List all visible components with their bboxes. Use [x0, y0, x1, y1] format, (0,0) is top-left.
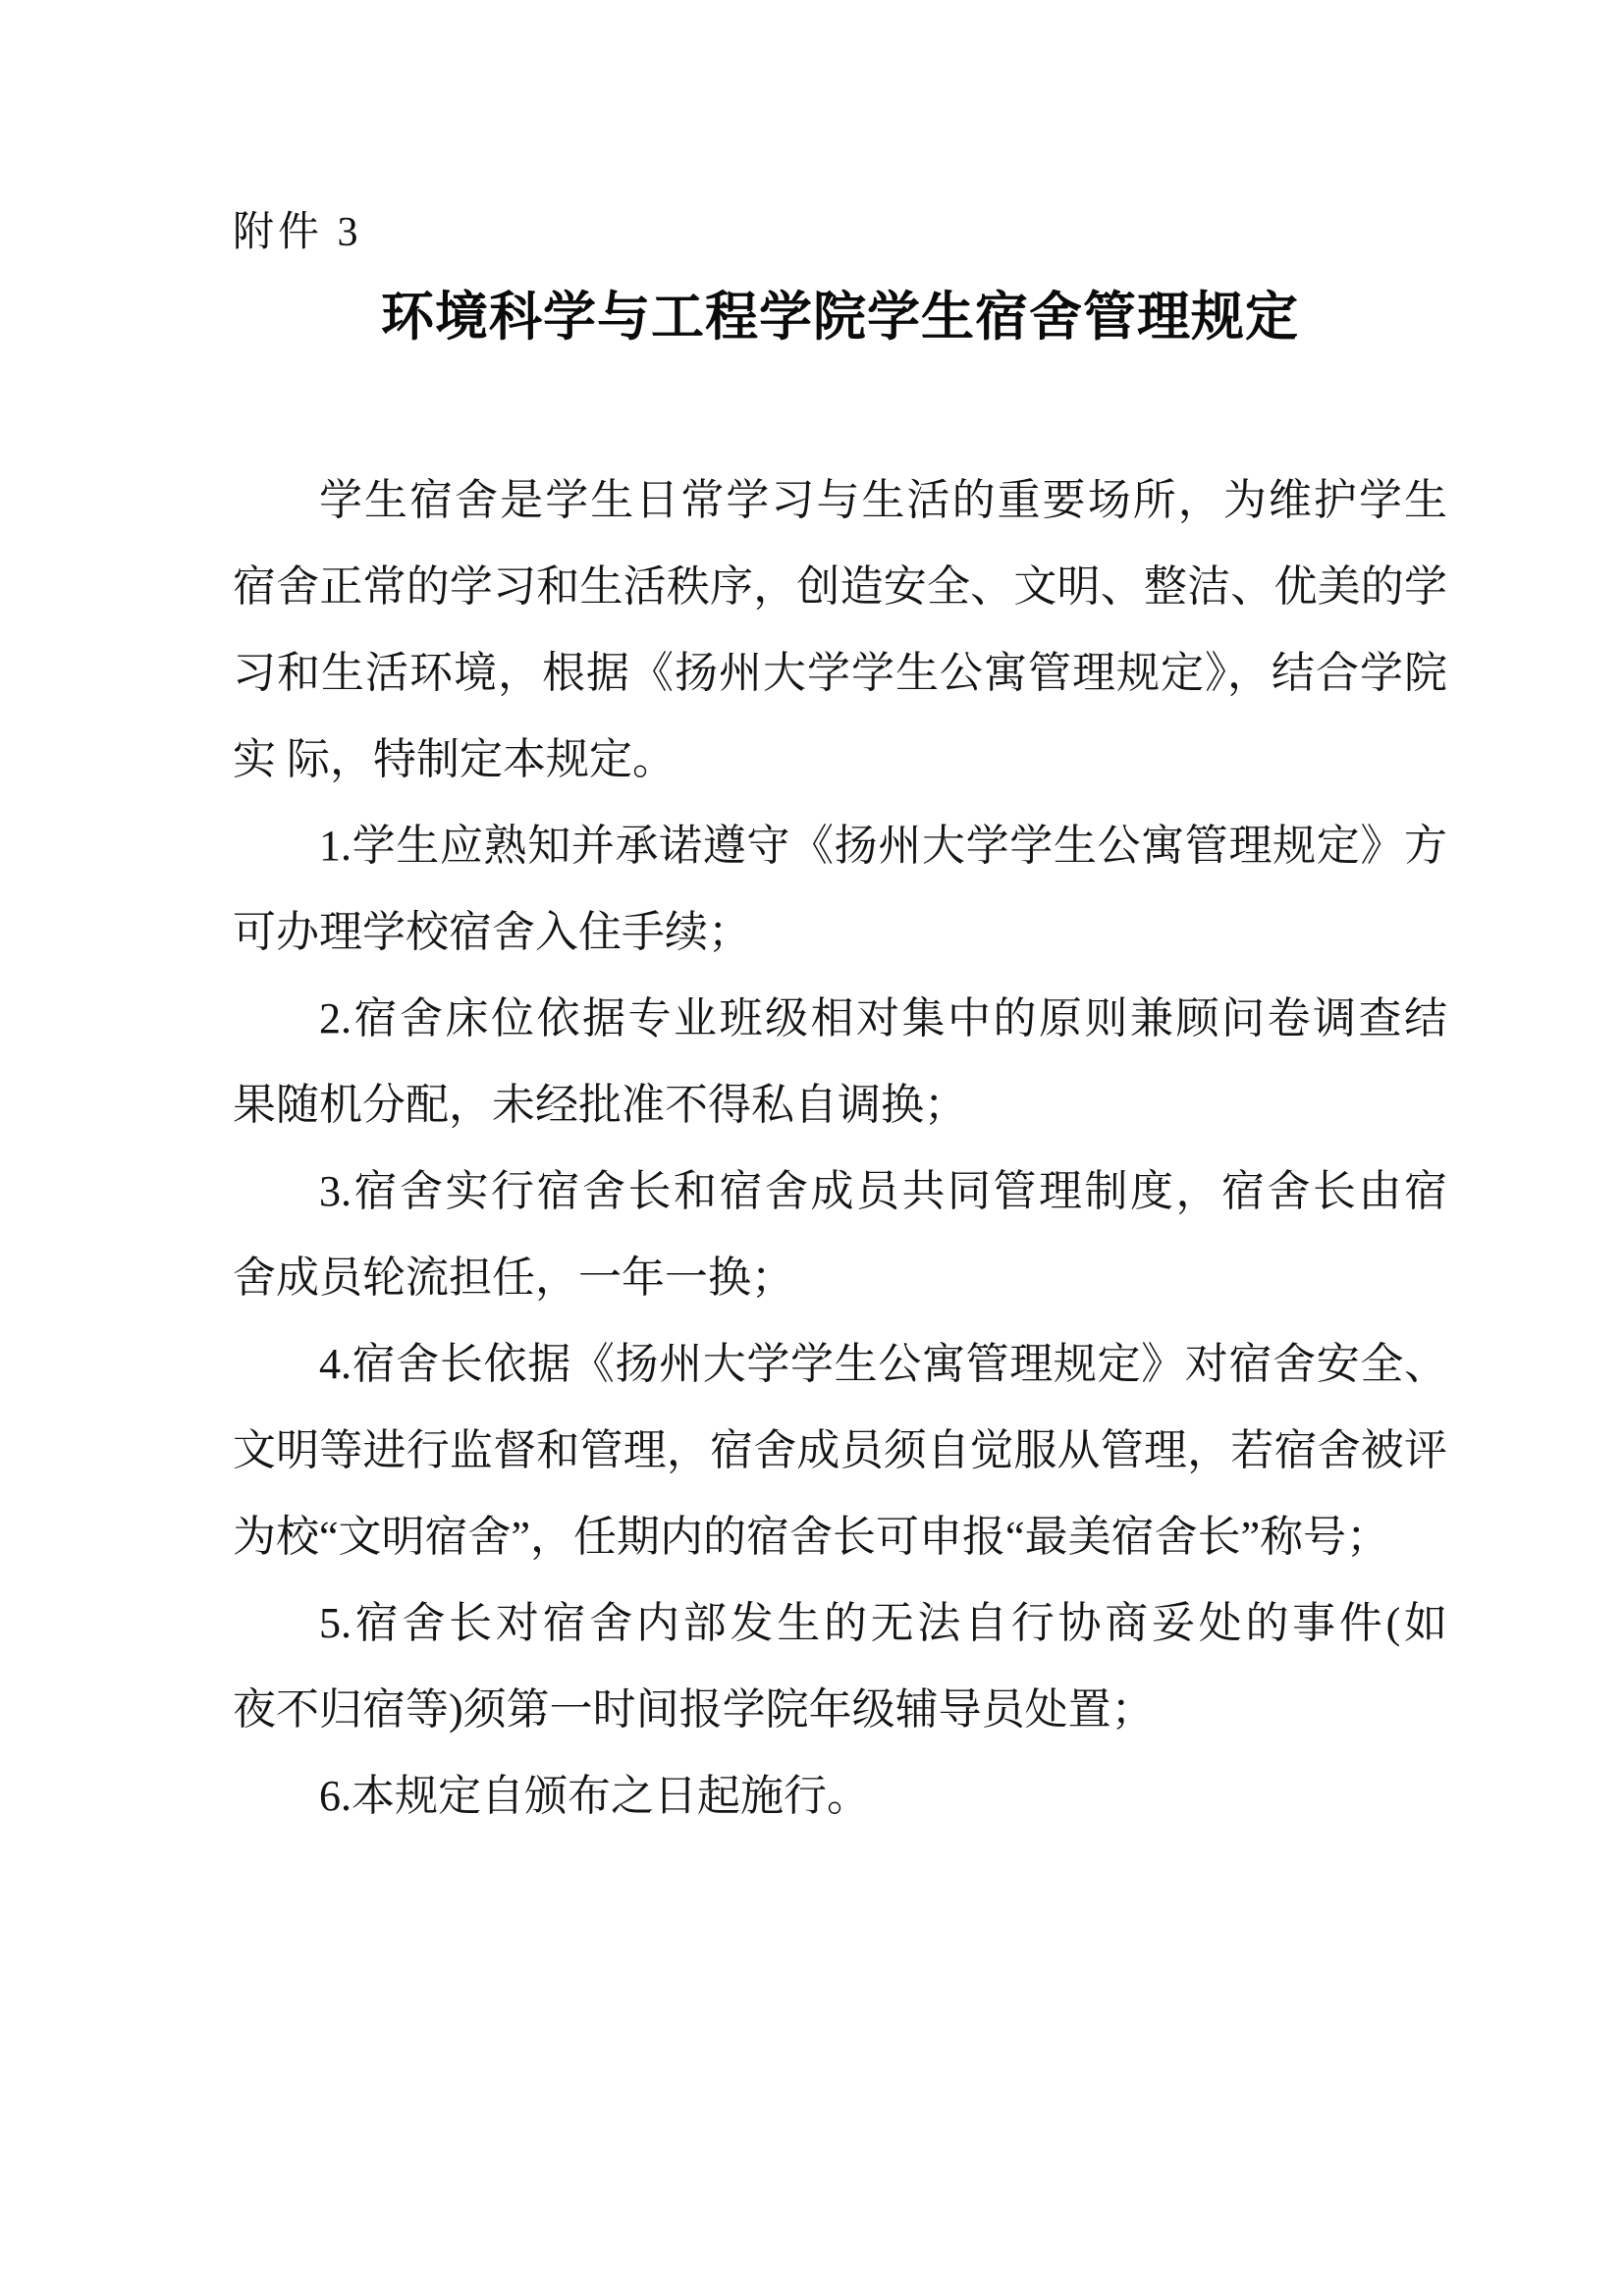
paragraph: 3.宿舍实行宿舍长和宿舍成员共同管理制度，宿舍长由宿舍成员轮流担任，一年一换； — [233, 1148, 1447, 1321]
paragraph: 学生宿舍是学生日常学习与生活的重要场所，为维护学生宿舍正常的学习和生活秩序，创造… — [233, 457, 1447, 803]
document-page: 附件 3 环境科学与工程学院学生宿舍管理规定 学生宿舍是学生日常学习与生活的重要… — [0, 0, 1624, 2296]
text-line: 实 际，特制定本规定。 — [233, 717, 1447, 803]
text-line: 为校“文明宿舍”，任期内的宿舍长可申报“最美宿舍长”称号； — [233, 1494, 1447, 1580]
text-line: 果随机分配，未经批准不得私自调换； — [233, 1062, 1447, 1148]
paragraph: 1.学生应熟知并承诺遵守《扬州大学学生公寓管理规定》方可办理学校宿舍入住手续； — [233, 803, 1447, 976]
paragraph: 6.本规定自颁布之日起施行。 — [233, 1753, 1447, 1840]
text-line: 宿舍正常的学习和生活秩序，创造安全、文明、整洁、优美的学 — [233, 544, 1447, 630]
paragraph: 4.宿舍长依据《扬州大学学生公寓管理规定》对宿舍安全、文明等进行监督和管理，宿舍… — [233, 1321, 1447, 1580]
text-line: 3.宿舍实行宿舍长和宿舍成员共同管理制度，宿舍长由宿 — [233, 1148, 1447, 1235]
text-line: 2.宿舍床位依据专业班级相对集中的原则兼顾问卷调查结 — [233, 976, 1447, 1062]
text-line: 6.本规定自颁布之日起施行。 — [233, 1753, 1447, 1840]
document-body: 学生宿舍是学生日常学习与生活的重要场所，为维护学生宿舍正常的学习和生活秩序，创造… — [233, 457, 1447, 1840]
text-line: 4.宿舍长依据《扬州大学学生公寓管理规定》对宿舍安全、 — [233, 1321, 1447, 1408]
text-line: 5.宿舍长对宿舍内部发生的无法自行协商妥处的事件(如 — [233, 1580, 1447, 1667]
text-line: 舍成员轮流担任，一年一换； — [233, 1235, 1447, 1321]
paragraph: 2.宿舍床位依据专业班级相对集中的原则兼顾问卷调查结果随机分配，未经批准不得私自… — [233, 976, 1447, 1148]
attachment-label: 附件 3 — [233, 208, 1447, 257]
text-line: 习和生活环境，根据《扬州大学学生公寓管理规定》，结合学院 — [233, 630, 1447, 717]
text-line: 1.学生应熟知并承诺遵守《扬州大学学生公寓管理规定》方 — [233, 803, 1447, 889]
text-line: 可办理学校宿舍入住手续； — [233, 889, 1447, 976]
text-line: 学生宿舍是学生日常学习与生活的重要场所，为维护学生 — [233, 457, 1447, 544]
paragraph: 5.宿舍长对宿舍内部发生的无法自行协商妥处的事件(如夜不归宿等)须第一时间报学院… — [233, 1580, 1447, 1753]
text-line: 文明等进行监督和管理，宿舍成员须自觉服从管理，若宿舍被评 — [233, 1408, 1447, 1494]
text-line: 夜不归宿等)须第一时间报学院年级辅导员处置； — [233, 1667, 1447, 1753]
document-title: 环境科学与工程学院学生宿舍管理规定 — [233, 285, 1447, 349]
